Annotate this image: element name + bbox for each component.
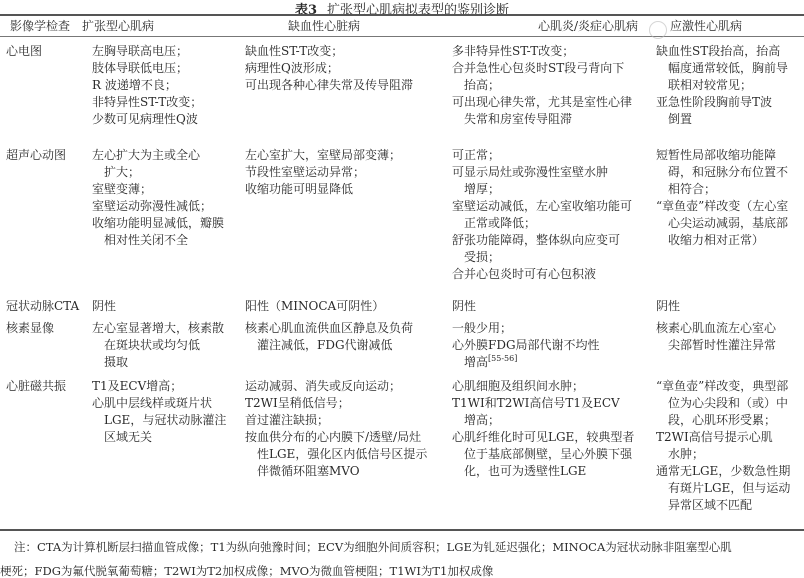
table-number: 表3 (295, 3, 317, 18)
row-echo-ihd: 左心室扩大，室壁局部变薄； 节段性室壁运动异常； 收缩功能可明显降低 (245, 147, 445, 198)
row-echo-stress: 短暂性局部收缩功能障 碍，和冠脉分布位置不 相符合； “章鱼壶”样改变（左心室 … (656, 147, 801, 249)
row-ecg-myocarditis: 多非特异性ST-T改变； 合并急性心包炎时ST段弓背向下 抬高； 可出现心律失常… (452, 43, 647, 128)
header-dcm: 扩张型心肌病 (82, 19, 154, 33)
table-top-rule (0, 14, 804, 16)
header-myocarditis: 心肌炎/炎症心肌病 (538, 19, 638, 33)
row-cta-dcm: 阴性 (92, 298, 116, 315)
row-nuclear-modality: 核素显像 (6, 320, 54, 337)
row-cta-modality: 冠状动脉CTA (6, 298, 79, 315)
row-cmr-modality: 心脏磁共振 (6, 378, 66, 395)
table-caption: 表3扩张型心肌病拟表型的鉴别诊断 (0, 2, 804, 20)
row-echo-modality: 超声心动图 (6, 147, 66, 164)
row-cta-stress: 阴性 (656, 298, 680, 315)
row-ecg-dcm: 左胸导联高电压； 肢体导联低电压； R 波递增不良； 非特异性ST-T改变； 少… (92, 43, 232, 128)
row-cta-ihd: 阳性（MINOCA可阴性） (245, 298, 384, 315)
footnote-line-1: 注：CTA为计算机断层扫描血管成像；T1为纵向弛豫时间；ECV为细胞外间质容积；… (14, 535, 732, 559)
row-echo-dcm: 左心扩大为主或全心 扩大； 室壁变薄； 室壁运动弥漫性减低； 收缩功能明显减低，… (92, 147, 232, 249)
footnote-line-2: 梗死；FDG为氟代脱氧葡萄糖；T2WI为T2加权成像；MVO为微血管梗阻；T1W… (0, 559, 493, 578)
citation-ref: [55-56] (488, 354, 517, 363)
row-nuclear-stress: 核素心肌血流左心室心 尖部暂时性灌注异常 (656, 320, 801, 354)
header-stress: 应激性心肌病 (670, 19, 742, 33)
table-title: 扩张型心肌病拟表型的鉴别诊断 (327, 3, 509, 18)
row-cmr-myocarditis: 心肌细胞及组织间水肿； T1WI和T2WI高信号T1及ECV 增高； 心肌纤维化… (452, 378, 647, 480)
row-cmr-dcm: T1及ECV增高； 心肌中层线样或斑片状 LGE，与冠状动脉灌注 区域无关 (92, 378, 232, 446)
table-bottom-rule (0, 529, 804, 531)
row-ecg-modality: 心电图 (6, 43, 42, 60)
watermark-logo-icon (649, 21, 667, 39)
header-ihd: 缺血性心脏病 (288, 19, 360, 33)
row-nuclear-ihd: 核素心肌血流供血区静息及负荷 灌注减低，FDG代谢减低 (245, 320, 445, 354)
row-cmr-stress: “章鱼壶”样改变，典型部 位为心尖段和（或）中 段，心肌环形受累； T2WI高信… (656, 378, 801, 514)
row-ecg-ihd: 缺血性ST-T改变； 病理性Q波形成； 可出现各种心律失常及传导阻滞 (245, 43, 445, 94)
row-echo-myocarditis: 可正常； 可显示局灶或弥漫性室壁水肿 增厚； 室壁运动减低，左心室收缩功能可 正… (452, 147, 647, 283)
row-cmr-ihd: 运动减弱、消失或反向运动； T2WI呈稍低信号； 首过灌注缺损； 按血供分布的心… (245, 378, 450, 480)
row-cta-myocarditis: 阴性 (452, 298, 476, 315)
header-modality: 影像学检查 (10, 19, 70, 33)
row-ecg-stress: 缺血性ST段抬高，抬高 幅度通常较低，胸前导 联相对较常见； 亚急性阶段胸前导T… (656, 43, 801, 128)
row-nuclear-myocarditis: 一般少用； 心外膜FDG局部代谢不均性 增高[55-56] (452, 320, 647, 371)
table-header-rule (0, 36, 804, 37)
row-nuclear-dcm: 左心室显著增大，核素散 在斑块状或均匀低 摄取 (92, 320, 232, 371)
